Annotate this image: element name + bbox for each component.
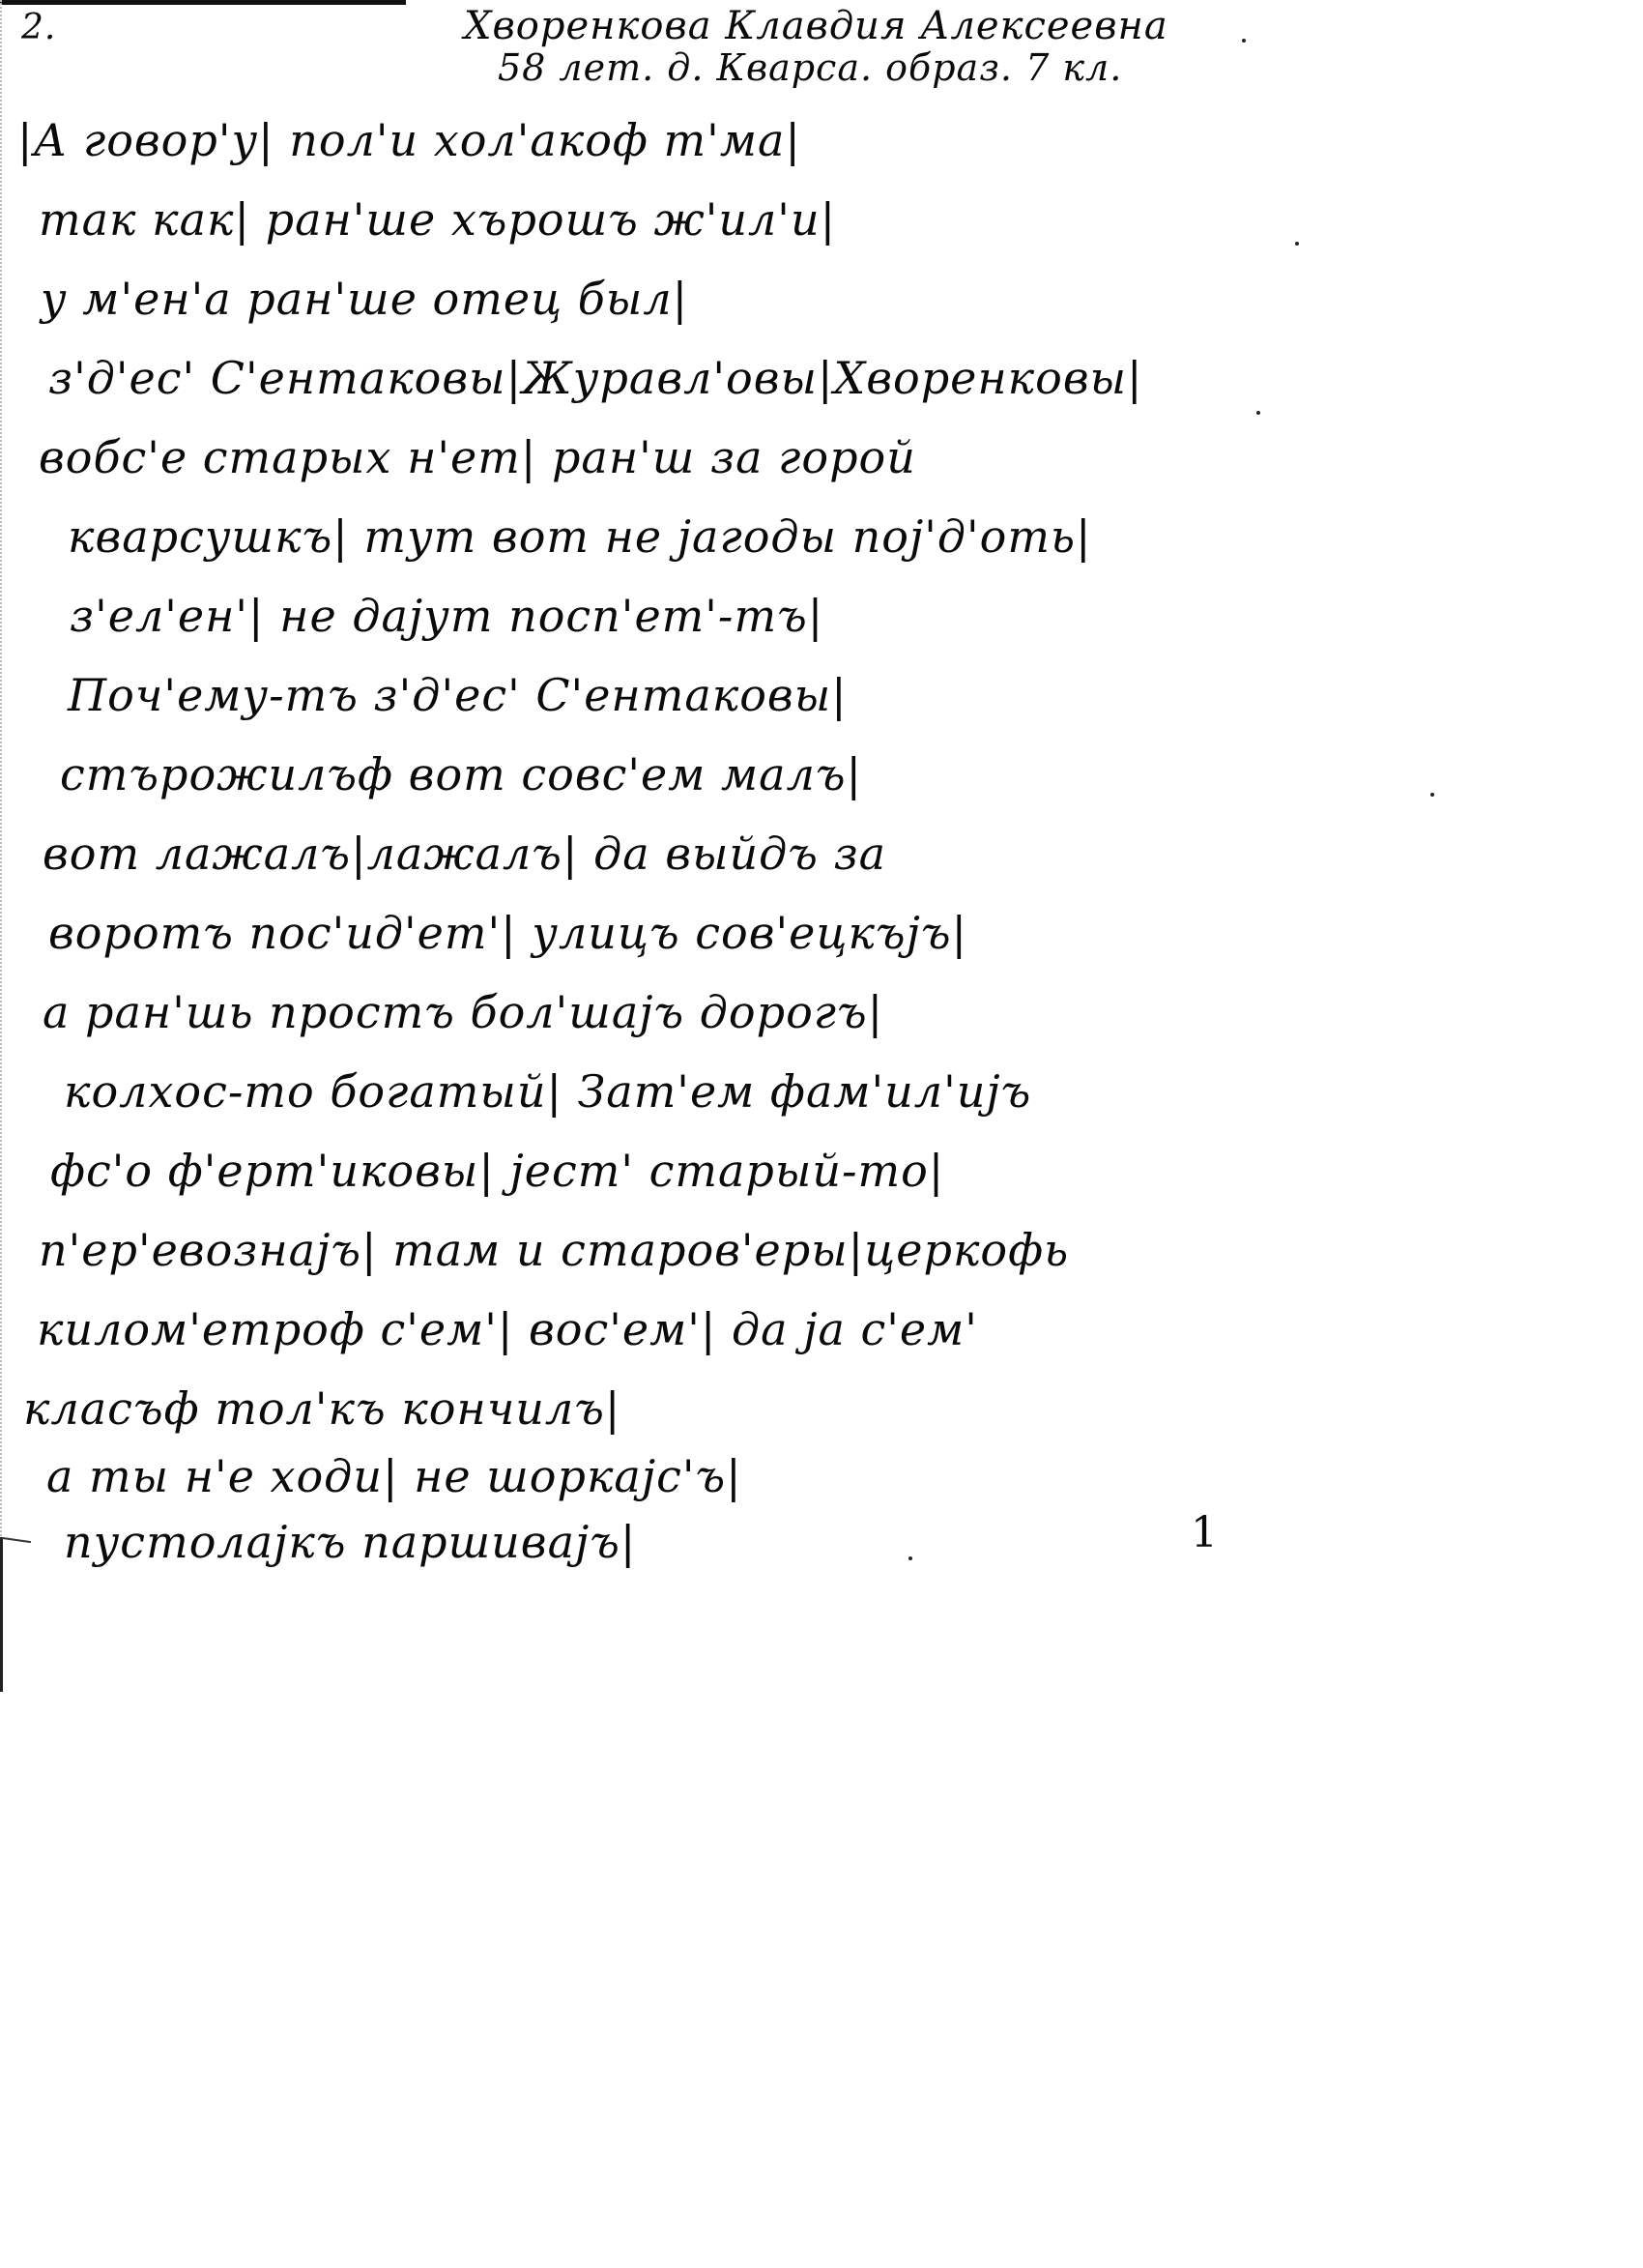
transcript-line: Поч'ему-тъ з'д'ес' С'ентаковы|: [68, 669, 848, 721]
transcript-line: стърожилъф вот совс'ем малъ|: [60, 748, 862, 800]
transcript-line: а ран'шь простъ бол'шајъ дорогъ|: [43, 986, 883, 1038]
transcript-line: так как| ран'ше хърошъ ж'ил'и|: [39, 193, 836, 246]
scan-left-edge: [0, 0, 4, 1547]
scan-speck: [1430, 793, 1434, 797]
transcript-line: воротъ пос'ид'ет'| улицъ сов'ецкъјъ|: [48, 907, 967, 959]
scan-speck: [908, 1556, 912, 1560]
transcript-line: а ты н'е ходи| не шоркајс'ъ|: [46, 1450, 742, 1502]
transcript-line: кварсушкъ| тут вот не јагоды пој'д'оть|: [68, 510, 1092, 563]
transcript-line: з'ел'ен'| не дајут посп'ет'-тъ|: [70, 590, 823, 642]
scan-left-edge-dark: [0, 1537, 3, 1692]
transcript-line: колхос-то богатый| Зат'ем фам'ил'ијъ: [64, 1065, 1031, 1118]
transcript-line: килом'етроф с'ем'| вос'ем'| да ја с'ем': [37, 1303, 978, 1355]
transcript-line: п'ер'евознајъ| там и старов'еры|церкофь: [39, 1224, 1069, 1276]
informant-details: 58 лет. д. Кварса. образ. 7 кл.: [498, 46, 1122, 89]
scan-speck: [1256, 411, 1260, 415]
scan-edge-bar: [0, 0, 406, 5]
page-number-top: 2.: [21, 8, 56, 47]
transcript-line: у м'ен'а ран'ше отец был|: [41, 273, 688, 325]
page-number-bottom: 1: [1191, 1508, 1219, 1557]
transcript-line: з'д'ес' С'ентаковы|Журавл'овы|Хворенковы…: [48, 352, 1143, 404]
document-page: 2. Хворенкова Клавдия Алексеевна 58 лет.…: [0, 0, 1643, 2268]
scan-corner-mark: [2, 1537, 31, 1543]
transcript-line: вобс'е старых н'ет| ран'ш за горой: [39, 431, 916, 483]
transcript-line: пустолајкъ паршивајъ|: [64, 1516, 636, 1568]
transcript-line: |А говор'у| пол'и хол'акоф т'ма|: [17, 114, 801, 166]
transcript-line: класъф тол'къ кончилъ|: [23, 1382, 620, 1435]
transcript-line: вот лажалъ|лажалъ| да выйдъ за: [43, 828, 886, 880]
scan-speck: [1295, 242, 1299, 246]
scan-speck: [1242, 39, 1246, 43]
informant-name: Хворенкова Клавдия Алексеевна: [464, 4, 1168, 48]
transcript-line: фс'о ф'ерт'иковы| јест' старый-то|: [50, 1145, 944, 1197]
